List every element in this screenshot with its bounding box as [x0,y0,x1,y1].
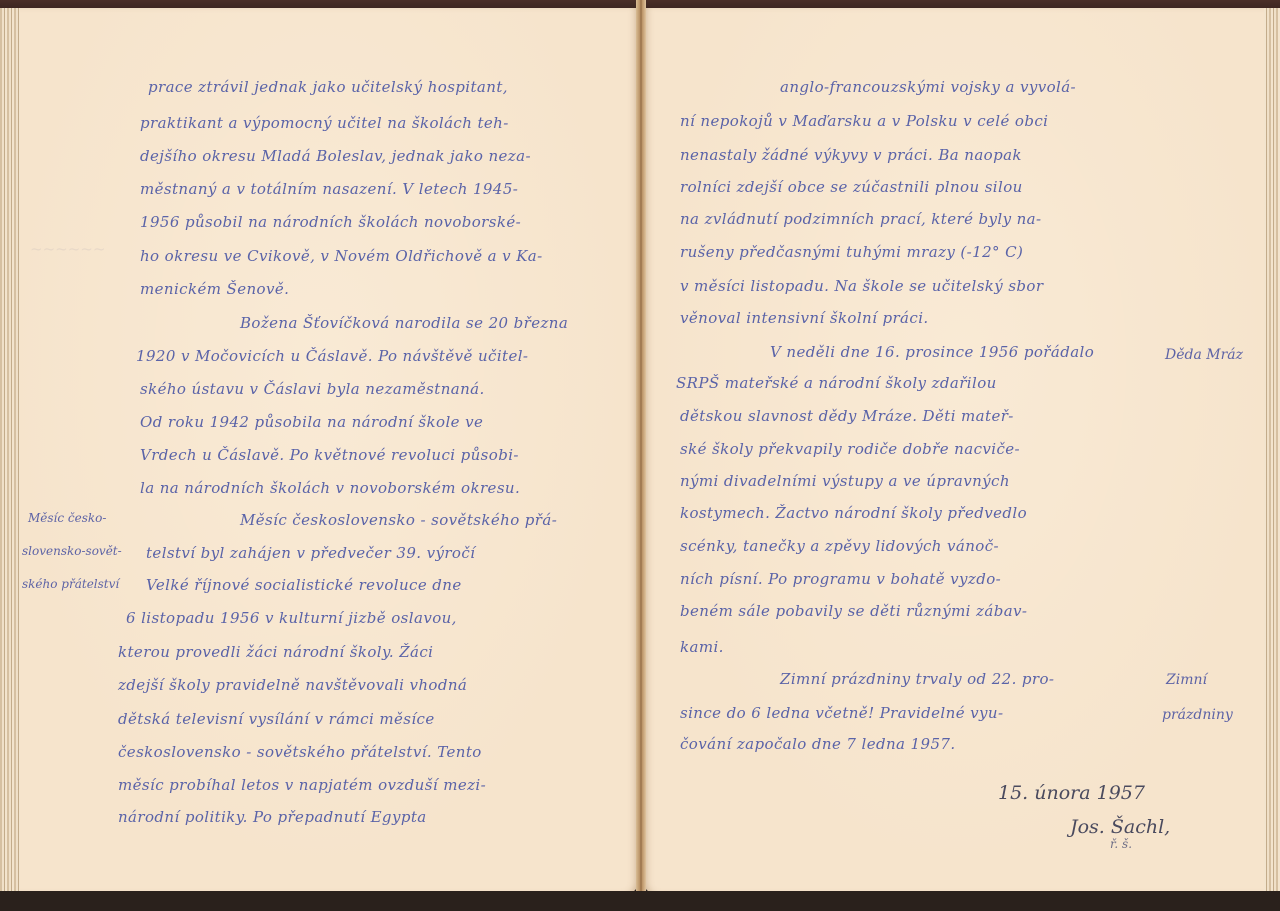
right-line-7: v měsíci listopadu. Na škole se učitelsk… [680,279,1043,294]
right-line-13: nými divadelními výstupy a ve úpravných [680,474,1010,489]
right-line-20: since do 6 ledna včetně! Pravidelné vyu- [680,706,1003,721]
right-line-8: věnoval intensivní školní práci. [680,311,929,326]
left-margin-note-3: ského přátelství [22,578,119,590]
right-line-1: anglo-francouzskými vojsky a vyvolá- [780,80,1076,95]
left-line-20: dětská televisní vysílání v rámci měsíce [118,712,435,727]
book-cover-bottom-edge [0,891,1280,911]
left-line-8: Božena Šťovíčková narodila se 20 března [240,316,568,331]
right-margin-note-zimni: Zimní [1166,673,1207,687]
right-line-14: kostymech. Žactvo národní školy předvedl… [680,506,1027,521]
right-line-3: nenastaly žádné výkyvy v práci. Ba naopa… [680,148,1022,163]
right-line-15: scénky, tanečky a zpěvy lidových vánoč- [680,539,999,554]
left-line-6: ho okresu ve Cvikově, v Novém Oldřichově… [140,249,543,264]
left-line-9: 1920 v Močovicích u Čáslavě. Po návštěvě… [136,349,528,364]
right-line-9: V neděli dne 16. prosince 1956 pořádalo [770,345,1094,360]
left-line-14: Měsíc československo - sovětského přá- [240,513,557,528]
left-margin-note-1: Měsíc česko- [28,512,106,524]
left-line-3: dejšího okresu Mladá Boleslav, jednak ja… [140,149,531,164]
signature-name: Jos. Šachl, [1070,818,1170,837]
left-line-1: prace ztrávil jednak jako učitelský hosp… [148,80,508,95]
right-line-18: kami. [680,640,724,655]
left-line-10: ského ústavu v Čáslavi byla nezaměstnaná… [140,382,485,397]
right-line-16: ních písní. Po programu v bohatě vyzdo- [680,572,1001,587]
right-line-12: ské školy překvapily rodiče dobře nacvič… [680,442,1020,457]
left-line-23: národní politiky. Po přepadnutí Egypta [118,810,427,825]
right-line-6: rušeny předčasnými tuhými mrazy (-12° C) [680,245,1023,260]
left-line-15: telství byl zahájen v předvečer 39. výro… [146,546,475,561]
left-line-18: kterou provedli žáci národní školy. Žáci [118,645,433,660]
right-line-11: dětskou slavnost dědy Mráze. Děti mateř- [680,409,1014,424]
right-line-17: beném sále pobavily se děti různými zába… [680,604,1027,619]
book-gutter [636,0,646,911]
left-line-17: 6 listopadu 1956 v kulturní jizbě oslavo… [126,611,457,626]
scanned-book-spread: ~~~~~~ prace ztrávil jednak jako učitels… [0,0,1280,911]
right-line-5: na zvládnutí podzimních prací, které byl… [680,212,1042,227]
right-line-21: čování započalo dne 7 ledna 1957. [680,737,956,752]
right-line-2: ní nepokojů v Maďarsku a v Polsku v celé… [680,114,1048,129]
left-line-13: la na národních školách v novoborském ok… [140,481,520,496]
left-line-12: Vrdech u Čáslavě. Po květnové revoluci p… [140,448,519,463]
left-line-11: Od roku 1942 působila na národní škole v… [140,415,483,430]
left-line-19: zdejší školy pravidelně navštěvovali vho… [118,678,467,693]
right-margin-note-prazdniny: prázdniny [1162,708,1233,722]
faint-bleedthrough: ~~~~~~ [30,240,105,258]
left-line-5: 1956 působil na národních školách novobo… [140,215,521,230]
signature-date: 15. února 1957 [998,784,1145,803]
left-line-4: městnaný a v totálním nasazení. V letech… [140,182,518,197]
left-line-2: praktikant a výpomocný učitel na školách… [140,116,509,131]
right-line-10: SRPŠ mateřské a národní školy zdařilou [676,376,997,391]
left-line-22: měsíc probíhal letos v napjatém ovzduší … [118,778,486,793]
right-page-edges [1264,8,1280,893]
left-line-21: československo - sovětského přátelství. … [118,745,482,760]
left-line-16: Velké říjnové socialistické revoluce dne [146,578,462,593]
right-margin-note-deda-mraz: Děda Mráz [1165,348,1243,362]
right-line-4: rolníci zdejší obce se zúčastnili plnou … [680,180,1023,195]
signature-title: ř. š. [1110,838,1132,850]
right-line-19: Zimní prázdniny trvaly od 22. pro- [780,672,1054,687]
left-line-7: menickém Šenově. [140,282,289,297]
left-page-edges [0,8,20,893]
left-margin-note-2: slovensko-sovět- [22,545,122,557]
